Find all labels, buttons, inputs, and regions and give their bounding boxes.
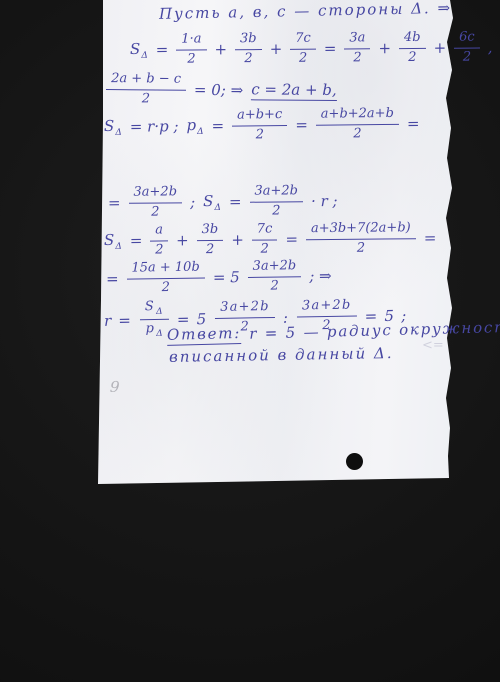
fraction-numerator: SΔ [140, 300, 169, 321]
underlined-text: Ответ: [167, 324, 242, 346]
fraction-denominator: 2 [187, 50, 195, 67]
symbol-with-subscript: SΔ [104, 117, 122, 138]
fraction-numerator: 3a [344, 31, 370, 49]
fraction-denominator: pΔ [145, 320, 164, 340]
fraction: 4b2 [399, 31, 426, 66]
symbol-with-subscript: SΔ [203, 192, 221, 213]
fraction-denominator: 2 [162, 279, 171, 296]
fraction-denominator: 2 [299, 50, 307, 67]
fraction-numerator: 2a + b − c [106, 72, 186, 91]
underlined-text: c = 2a + b, [251, 81, 337, 102]
subscript: Δ [115, 128, 122, 138]
handwritten-line-rp: SΔ= r·p ;pΔ=a+b+c2=a+b+2a+b2= [100, 107, 424, 145]
math-text: = [295, 116, 308, 134]
fraction: 2a + b − c2 [106, 72, 186, 108]
fraction-denominator: 2 [256, 126, 264, 143]
math-text: + [231, 231, 244, 249]
symbol-with-subscript: pΔ [186, 116, 203, 137]
fraction-denominator: 2 [151, 203, 159, 220]
subscript: Δ [156, 307, 164, 317]
pencil-note: 9 [109, 378, 120, 397]
fraction-numerator: a+b+c [232, 108, 287, 127]
fraction-numerator: 1·a [176, 32, 206, 50]
math-text: r = [104, 311, 132, 329]
fraction: 7c2 [252, 222, 278, 257]
math-text: + [378, 40, 391, 58]
math-text: = [424, 230, 437, 248]
fraction-numerator: 4b [399, 31, 426, 49]
ink-bleed-mark: <= [422, 338, 444, 353]
fraction: 3b2 [197, 223, 224, 258]
handwritten-line-area-sum: SΔ=1·a2+3b2+7c2=3a2+4b2+6c2, [126, 30, 497, 67]
subscript: Δ [197, 127, 204, 137]
fraction-numerator: 3a+2b [248, 259, 302, 278]
math-text: = [130, 232, 143, 250]
subscript: Δ [214, 203, 221, 213]
fraction-denominator: 2 [270, 277, 279, 294]
math-text: , [488, 39, 493, 57]
fraction-numerator: 6c [454, 31, 480, 49]
math-text: = [285, 231, 298, 249]
math-text: = 5 [213, 269, 240, 287]
handwritten-line-15a10b: =15a + 10b2= 53a+2b2; ⇒ [102, 259, 336, 297]
math-text: ; [190, 194, 195, 212]
fraction-denominator: 2 [272, 202, 280, 219]
fraction-denominator: 2 [142, 90, 150, 107]
math-text: + [176, 232, 189, 250]
math-text: = [229, 193, 242, 211]
fraction-numerator: a [150, 223, 168, 241]
math-text: = [108, 194, 121, 212]
fraction-numerator: a+3b+7(2a+b) [306, 221, 416, 240]
fraction-numerator: 15a + 10b [126, 261, 205, 280]
handwritten-line-area-subst: SΔ=a2+3b2+7c2=a+3b+7(2a+b)2= [100, 221, 441, 259]
fraction-numerator: 3b [197, 223, 224, 241]
math-text: + [214, 41, 227, 59]
fraction-denominator: 2 [261, 240, 269, 257]
handwritten-line-c-equals: 2a + b − c2= 0; ⇒c = 2a + b, [102, 72, 341, 109]
symbol-with-subscript: SΔ [104, 231, 122, 252]
math-text: ; ⇒ [309, 267, 332, 285]
math-text: = r·p ; [130, 118, 179, 137]
fraction-denominator: 2 [244, 50, 252, 67]
fraction-numerator: 3a+2b [215, 300, 275, 319]
math-text: = [156, 41, 169, 59]
fraction-denominator: 2 [155, 241, 163, 258]
fraction-denominator: 2 [357, 240, 365, 257]
fraction-numerator: 3a+2b [128, 185, 182, 203]
fraction-numerator: 3b [235, 32, 262, 50]
fraction: 3a+2b2 [128, 185, 182, 220]
math-text: · r ; [311, 192, 338, 210]
fraction: a+b+2a+b2 [316, 107, 399, 143]
fraction: a+3b+7(2a+b)2 [306, 221, 416, 257]
hole-punch-dot [346, 453, 363, 470]
fraction-numerator: 7c [290, 32, 316, 50]
fraction: a2 [150, 223, 168, 258]
fraction-denominator: 2 [463, 49, 471, 66]
fraction-denominator: 2 [206, 241, 214, 258]
fraction-numerator: a+b+2a+b [316, 107, 399, 126]
math-text: + [270, 40, 283, 58]
fraction-numerator: 3a+2b [249, 184, 303, 202]
symbol-with-subscript: SΔ [130, 40, 148, 61]
fraction: 3a2 [344, 31, 370, 66]
fraction: 6c2 [454, 31, 480, 66]
fraction: 15a + 10b2 [126, 261, 205, 297]
fraction-numerator: 7c [252, 222, 278, 240]
subscript: Δ [115, 242, 122, 252]
math-text: = [407, 115, 420, 133]
fraction-denominator: 2 [353, 125, 361, 142]
math-text: + [434, 39, 447, 57]
fraction: 3a+2b2 [249, 184, 303, 219]
fraction-denominator: 2 [353, 49, 361, 66]
fraction: 1·a2 [176, 32, 206, 67]
scanned-document-photo: { "scan": { "colors": { "background": "#… [0, 0, 500, 682]
math-text: = [324, 40, 337, 58]
fraction: a+b+c2 [232, 108, 288, 143]
fraction: 3b2 [235, 32, 262, 67]
math-text: = [211, 117, 224, 135]
fraction-denominator: 2 [408, 49, 416, 66]
handwritten-line-semiperim: =3a+2b2;SΔ=3a+2b2· r ; [104, 184, 342, 221]
math-text: = [106, 270, 119, 288]
math-text: = 0; ⇒ [194, 81, 243, 99]
fraction: 7c2 [290, 32, 316, 67]
subscript: Δ [141, 51, 148, 61]
fraction-numerator: 3a+2b [297, 299, 357, 318]
fraction: 3a+2b2 [248, 259, 302, 295]
